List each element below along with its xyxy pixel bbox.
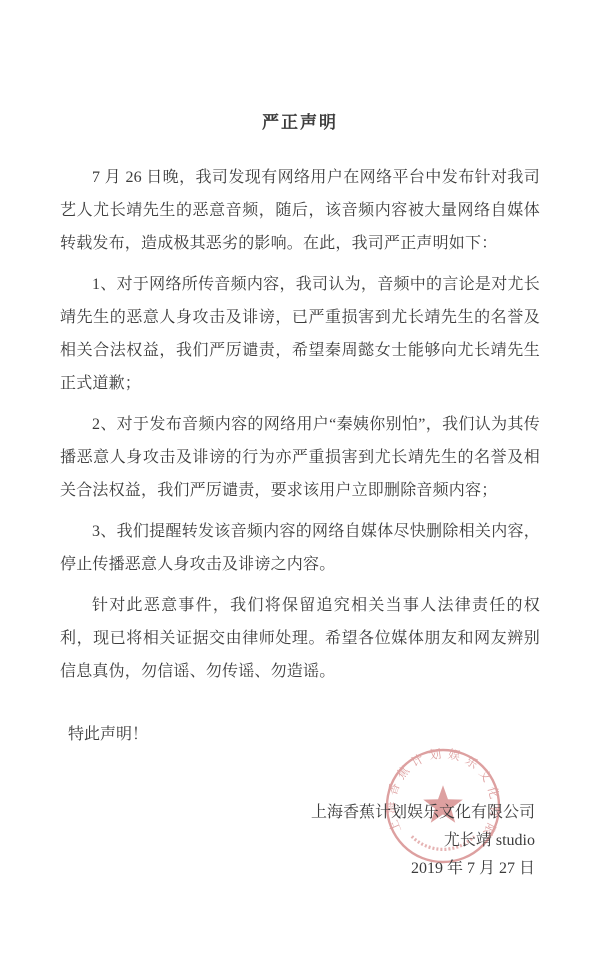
signature-company: 上海香蕉计划娱乐文化有限公司 bbox=[60, 799, 535, 827]
closing-statement: 特此声明！ bbox=[60, 718, 540, 751]
paragraph-legal: 针对此恶意事件，我们将保留追究相关当事人法律责任的权利，现已将相关证据交由律师处… bbox=[60, 589, 540, 688]
signature-studio: 尤长靖 studio bbox=[60, 827, 535, 855]
signature-date: 2019 年 7 月 27 日 bbox=[60, 855, 535, 883]
document-page: 上海香蕉计划娱乐文化有限公司 严正声明 7 月 26 日晚，我司发现有网络用户在… bbox=[0, 0, 600, 954]
paragraph-intro: 7 月 26 日晚，我司发现有网络用户在网络平台中发布针对我司艺人尤长靖先生的恶… bbox=[60, 161, 540, 260]
paragraph-item-1: 1、对于网络所传音频内容，我司认为，音频中的言论是对尤长靖先生的恶意人身攻击及诽… bbox=[60, 268, 540, 400]
statement-document: 严正声明 7 月 26 日晚，我司发现有网络用户在网络平台中发布针对我司艺人尤长… bbox=[0, 0, 600, 883]
document-title: 严正声明 bbox=[60, 112, 540, 134]
paragraph-item-3: 3、我们提醒转发该音频内容的网络自媒体尽快删除相关内容，停止传播恶意人身攻击及诽… bbox=[60, 515, 540, 581]
paragraph-item-2: 2、对于发布音频内容的网络用户“秦姨你别怕”，我们认为其传播恶意人身攻击及诽谤的… bbox=[60, 408, 540, 507]
signature-block: 上海香蕉计划娱乐文化有限公司 尤长靖 studio 2019 年 7 月 27 … bbox=[60, 799, 540, 883]
